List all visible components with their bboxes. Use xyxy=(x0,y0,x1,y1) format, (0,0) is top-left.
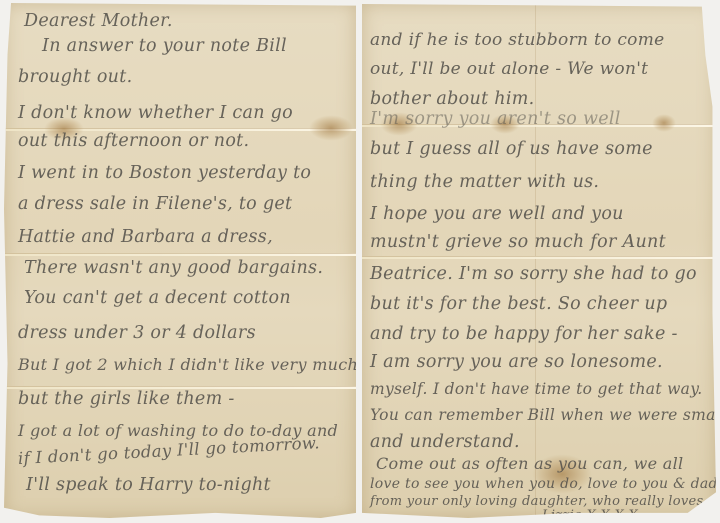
letter-line: In answer to your note Bill xyxy=(42,36,348,56)
letter-line: but it's for the best. So cheer up xyxy=(370,294,708,314)
fold-crease xyxy=(362,256,716,259)
letter-line: Dearest Mother. xyxy=(24,11,348,31)
letter-line: and understand. xyxy=(370,432,708,452)
letter-line: You can remember Bill when we were small… xyxy=(370,406,708,424)
letter-line: myself. I don't have time to get that wa… xyxy=(370,380,708,398)
letter-line: I hope you are well and you xyxy=(370,204,708,224)
letter-line: brought out. xyxy=(18,67,348,87)
letter-page-right: and if he is too stubborn to come out, I… xyxy=(362,4,716,518)
letter-line: but the girls like them - xyxy=(18,389,348,409)
letter-line: Come out as often as you can, we all xyxy=(376,454,708,473)
letter-line: love to see you when you do, love to you… xyxy=(370,476,708,492)
letter-line: I'll speak to Harry to-night xyxy=(26,475,348,495)
signature: Lizzie X X X X xyxy=(542,508,708,523)
letter-line: You can't get a decent cotton xyxy=(24,288,348,308)
letter-line: and try to be happy for her sake - xyxy=(370,324,708,344)
letter-line: There wasn't any good bargains. xyxy=(24,258,348,278)
letter-line: from your only loving daughter, who real… xyxy=(370,494,708,509)
letter-line: But I got 2 which I didn't like very muc… xyxy=(18,355,348,374)
letter-line: and if he is too stubborn to come xyxy=(370,30,708,50)
letter-line: thing the matter with us. xyxy=(370,172,708,192)
letter-line: out this afternoon or not. xyxy=(18,131,348,151)
letter-line: I am sorry you are so lonesome. xyxy=(370,352,708,372)
letter-line: out, I'll be out alone - We won't xyxy=(370,59,708,79)
letter-line: a dress sale in Filene's, to get xyxy=(18,194,348,214)
letter-line: mustn't grieve so much for Aunt xyxy=(370,232,708,252)
letter-line: I'm sorry you aren't so well xyxy=(370,109,708,129)
letter-line: I don't know whether I can go xyxy=(18,103,348,123)
letter-line: but I guess all of us have some xyxy=(370,139,708,159)
letter-line: dress under 3 or 4 dollars xyxy=(18,323,348,343)
letter-line: bother about him. xyxy=(370,89,708,109)
letter-line: Beatrice. I'm so sorry she had to go xyxy=(370,264,708,284)
letter-line: I went in to Boston yesterday to xyxy=(18,163,348,183)
letter-line: Hattie and Barbara a dress, xyxy=(18,227,348,247)
fold-crease xyxy=(4,253,356,256)
letter-page-left: Dearest Mother. In answer to your note B… xyxy=(4,3,356,518)
